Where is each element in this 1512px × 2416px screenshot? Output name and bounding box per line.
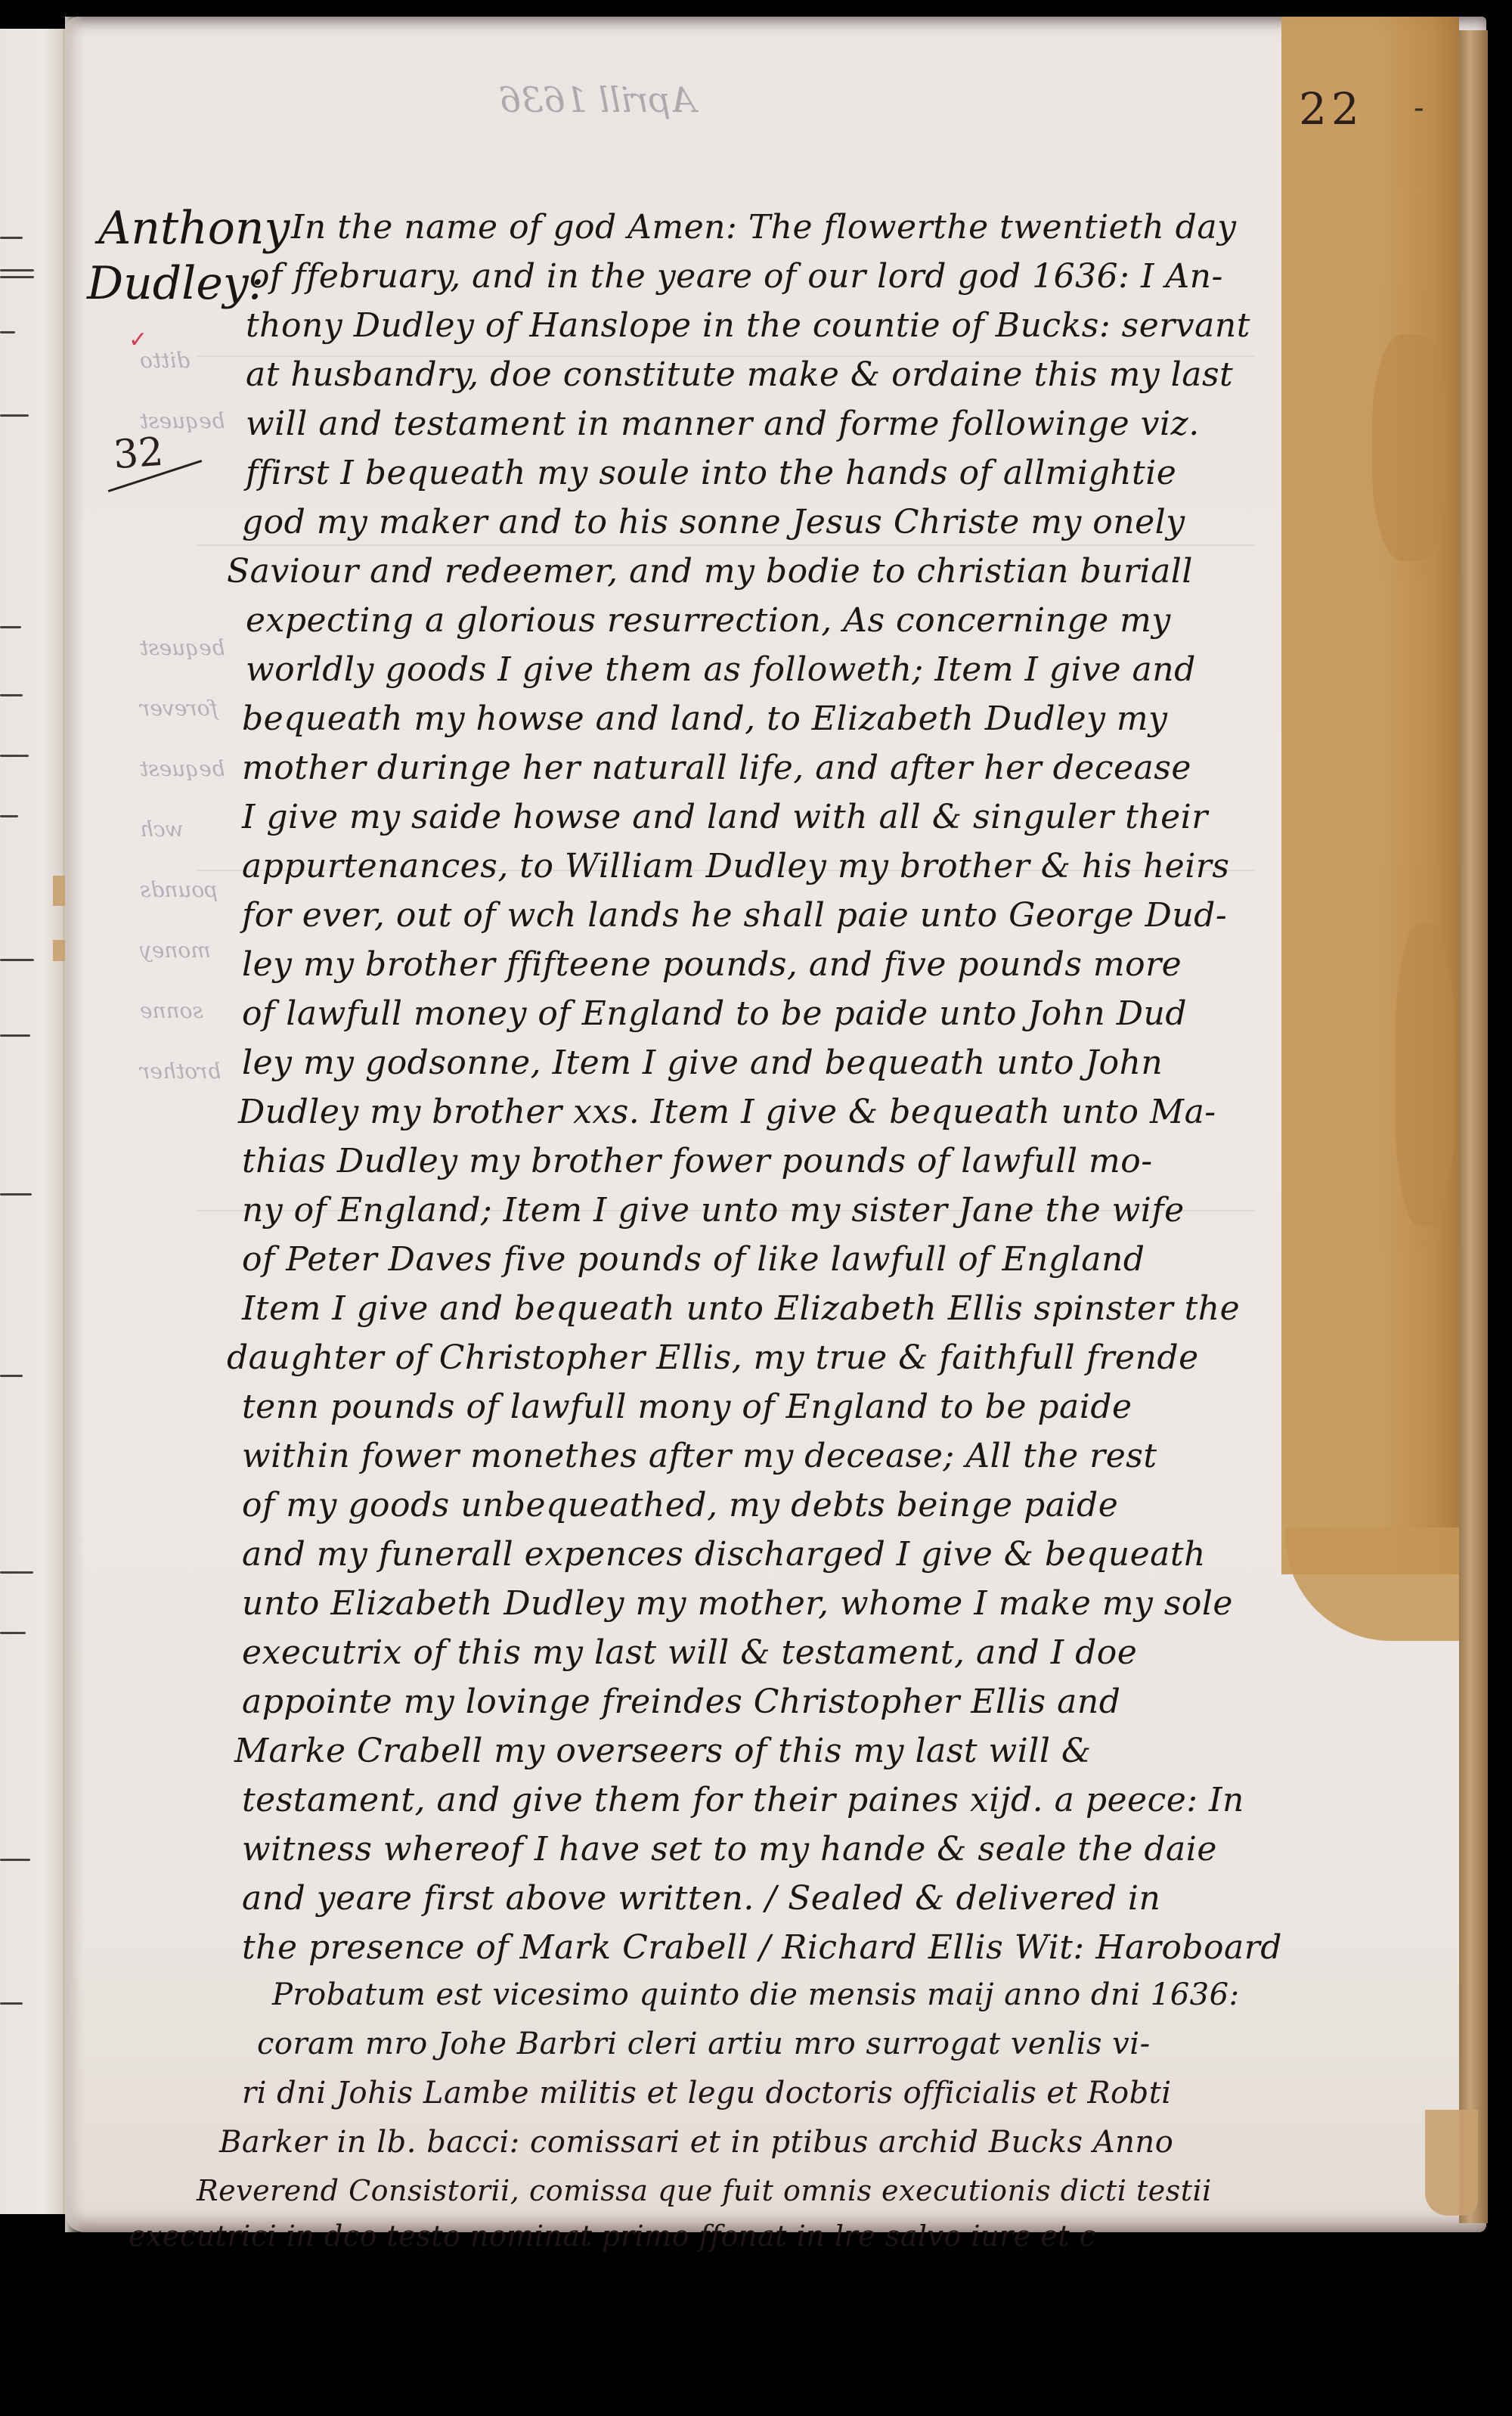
stain-patch (1372, 334, 1448, 561)
bleed-through-margin: pounds (140, 877, 218, 902)
stain (53, 940, 65, 961)
text-line: ley my brother ffifteene pounds, and fiv… (242, 945, 1182, 984)
text-line: at husbandry, doe constitute make & orda… (246, 355, 1233, 394)
text-line: appointe my lovinge freindes Christopher… (242, 1683, 1120, 1721)
text-line: Item I give and bequeath unto Elizabeth … (242, 1289, 1240, 1328)
text-line: Dudley my brother xxs. Item I give & beq… (238, 1093, 1216, 1131)
bleed-through-margin: money (140, 938, 211, 963)
stain-patch (1395, 924, 1455, 1227)
text-line: ny of England; Item I give unto my siste… (242, 1191, 1185, 1230)
text-line: ffirst I bequeath my soule into the hand… (246, 454, 1176, 492)
bleed-through-margin: forever (140, 696, 218, 721)
text-line: executrix of this my last will & testame… (242, 1633, 1137, 1672)
folio-dash: - (1414, 91, 1424, 126)
margin-number: 32 (112, 430, 165, 478)
bleed-through-margin: brother (140, 1059, 221, 1084)
showthrough-header: Aprill 1636 (499, 79, 696, 120)
line-fragment (0, 959, 34, 961)
bleed-through (197, 544, 1255, 546)
bleed-through-margin: bequest (140, 635, 225, 660)
text-line: Saviour and redeemer, and my bodie to ch… (227, 552, 1193, 591)
text-line: thony Dudley of Hanslope in the countie … (246, 306, 1250, 345)
line-fragment (0, 694, 23, 696)
text-line: of my goods unbequeathed, my debts being… (242, 1486, 1118, 1524)
text-line: the presence of Mark Crabell / Richard E… (242, 1928, 1282, 1967)
line-fragment (0, 1632, 26, 1634)
browned-tape-strip (1281, 17, 1459, 1574)
line-fragment (0, 237, 23, 239)
text-line: testament, and give them for their paine… (242, 1781, 1244, 1819)
folio-number: 22 (1299, 83, 1364, 135)
line-fragment (0, 331, 15, 333)
margin-heading-surname: Dudley: (87, 261, 264, 306)
line-fragment (0, 1375, 23, 1377)
text-line: unto Elizabeth Dudley my mother, whome I… (242, 1584, 1233, 1623)
line-fragment (0, 1193, 32, 1196)
probate-line: ri dni Johis Lambe militis et legu docto… (242, 2076, 1172, 2111)
line-fragment (0, 1859, 30, 1861)
page-corner (1425, 2110, 1478, 2216)
line-fragment (0, 1034, 30, 1037)
bleed-through-margin: wch (140, 817, 184, 842)
text-line: daughter of Christopher Ellis, my true &… (227, 1338, 1199, 1377)
bleed-through-margin: bequest (140, 408, 225, 433)
text-line: will and testament in manner and forme f… (246, 405, 1200, 443)
text-line: ley my godsonne, Item I give and bequeat… (242, 1044, 1163, 1082)
text-line: of lawfull money of England to be paide … (242, 994, 1187, 1033)
probate-line: Reverend Consistorii, comissa que fuit o… (197, 2174, 1212, 2207)
text-line: tenn pounds of lawfull mony of England t… (242, 1388, 1132, 1426)
text-line: worldly goods I give them as followeth; … (246, 650, 1196, 689)
text-line: Marke Crabell my overseers of this my la… (234, 1732, 1092, 1770)
margin-heading-first-name: Anthony (98, 206, 290, 251)
stain (53, 876, 65, 906)
probate-line: Barker in lb. bacci: comissari et in pti… (219, 2125, 1173, 2160)
probate-line: executrici in dco testo nominat primo ff… (129, 2219, 1095, 2253)
text-line: expecting a glorious resurrection, As co… (246, 601, 1171, 640)
probate-line: Probatum est vicesimo quinto die mensis … (272, 1977, 1240, 2012)
text-line: for ever, out of wch lands he shall paie… (242, 896, 1227, 935)
text-line: In the name of god Amen: The flowerthe t… (291, 208, 1236, 247)
line-fragment (0, 269, 34, 271)
text-line: and my funerall expences discharged I gi… (242, 1535, 1206, 1574)
text-line: god my maker and to his sonne Jesus Chri… (242, 503, 1185, 541)
text-line: I give my saide howse and land with all … (242, 798, 1208, 836)
gutter-shadow (65, 17, 85, 2232)
text-line: of ffebruary, and in the yeare of our lo… (249, 257, 1223, 296)
text-line: bequeath my howse and land, to Elizabeth… (242, 699, 1168, 738)
text-line: witness whereof I have set to my hande &… (242, 1830, 1217, 1869)
text-line: appurtenances, to William Dudley my brot… (242, 847, 1229, 885)
line-fragment (0, 1571, 33, 1574)
text-line: mother duringe her naturall life, and af… (242, 749, 1191, 787)
bleed-through-margin: ditto (140, 348, 190, 373)
probate-line: coram mro Johe Barbri cleri artiu mro su… (257, 2027, 1151, 2061)
line-fragment (0, 2002, 23, 2005)
bleed-through-margin: sonne (140, 998, 203, 1023)
text-line: within fower monethes after my decease; … (242, 1437, 1157, 1475)
text-line: of Peter Daves five pounds of like lawfu… (242, 1240, 1145, 1279)
line-fragment (0, 626, 21, 628)
line-fragment (0, 755, 29, 757)
page-stack-edge (1459, 30, 1488, 2223)
line-fragment (0, 815, 18, 817)
line-fragment (0, 276, 34, 278)
text-line: thias Dudley my brother fower pounds of … (242, 1142, 1153, 1180)
facing-page-edge (0, 29, 65, 2214)
bleed-through-margin: bequest (140, 756, 225, 781)
text-line: and yeare first above written. / Sealed … (242, 1879, 1160, 1918)
line-fragment (0, 414, 29, 417)
